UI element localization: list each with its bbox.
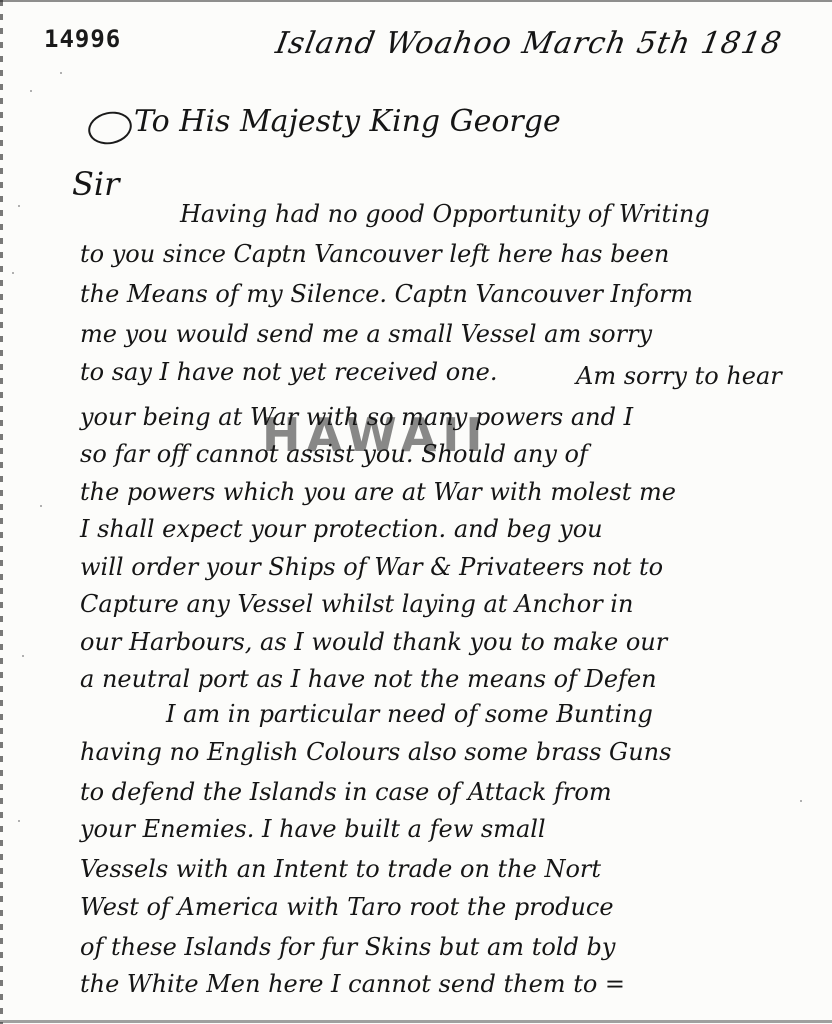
body-line: a neutral port as I have not the means o… (80, 665, 657, 693)
scan-speck (18, 205, 20, 207)
letter-page: 14996 Island Woahoo March 5th 1818 To Hi… (0, 0, 832, 1024)
body-line: to you since Captn Vancouver left here h… (80, 240, 669, 268)
body-line: of these Islands for fur Skins but am to… (80, 933, 615, 961)
scan-speck (40, 505, 42, 507)
scan-edge-bottom (0, 1020, 832, 1023)
body-line: the White Men here I cannot send them to… (80, 970, 625, 998)
scan-edge-left (0, 0, 3, 1024)
body-line: Having had no good Opportunity of Writin… (180, 200, 710, 228)
scan-speck (22, 655, 24, 657)
body-line: West of America with Taro root the produ… (80, 893, 614, 921)
body-line: Am sorry to hear (576, 362, 782, 390)
address-line: To His Majesty King George (134, 104, 561, 139)
scan-edge-top (0, 0, 832, 2)
document-number: 14996 (44, 25, 121, 53)
body-line: your Enemies. I have built a few small (80, 815, 546, 843)
body-line: your being at War with so many powers an… (80, 403, 633, 431)
body-line: the Means of my Silence. Captn Vancouver… (80, 280, 693, 308)
scan-speck (18, 820, 20, 822)
body-line: me you would send me a small Vessel am s… (80, 320, 652, 348)
scan-speck (30, 90, 32, 92)
body-line: our Harbours, as I would thank you to ma… (80, 628, 667, 656)
scan-speck (800, 800, 802, 802)
body-line: having no English Colours also some bras… (80, 738, 671, 766)
flourish-loop-icon (85, 108, 135, 148)
body-line: the powers which you are at War with mol… (80, 478, 676, 506)
scan-speck (60, 72, 62, 74)
dateline: Island Woahoo March 5th 1818 (273, 26, 785, 61)
salutation: Sir (72, 165, 119, 203)
body-line: Vessels with an Intent to trade on the N… (80, 855, 601, 883)
body-line: I shall expect your protection. and beg … (80, 515, 603, 543)
body-line: so far off cannot assist you. Should any… (80, 440, 588, 468)
body-line: to say I have not yet received one. (80, 358, 498, 386)
body-line: to defend the Islands in case of Attack … (80, 778, 612, 806)
body-line: I am in particular need of some Bunting (166, 700, 653, 728)
body-line: will order your Ships of War & Privateer… (80, 553, 663, 581)
body-line: Capture any Vessel whilst laying at Anch… (80, 590, 633, 618)
scan-speck (12, 272, 14, 274)
